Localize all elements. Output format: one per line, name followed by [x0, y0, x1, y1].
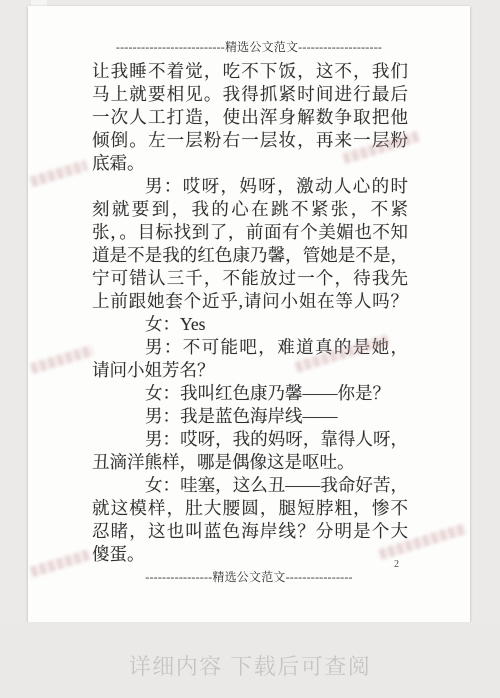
page-number: 2 [394, 559, 399, 570]
text-line: 男：我是蓝色海岸线—— [92, 405, 408, 428]
page-footer: ----------------精选公文范文---------------- [28, 568, 470, 585]
bottom-hint-bar: 详细内容 下载后可查阅 [0, 622, 500, 698]
text-line: 丑滴洋熊样，哪是偶像这是呕吐。 [92, 451, 408, 474]
bottom-hint-label: 详细内容 下载后可查阅 [129, 650, 372, 681]
document-preview: --------------------------精选公文范文--------… [0, 0, 500, 698]
stamp-watermark [30, 345, 94, 374]
text-line: 女：哇塞，这么丑——我命好苦， [92, 474, 408, 497]
document-page: --------------------------精选公文范文--------… [28, 6, 470, 622]
text-line: 男：哎呀，妈呀，激动人心的时 [92, 175, 408, 198]
text-line: 女：我叫红色康乃馨——你是？ [92, 382, 408, 405]
text-line: 一次人工打造，使出浑身解数争取把他 [92, 106, 408, 129]
body-text: 让我睡不着觉，吃不下饭，这不，我们马上就要相见。我得抓紧时间进行最后一次人工打造… [92, 60, 408, 566]
text-line: 请问小姐芳名？ [92, 359, 408, 382]
text-line: 女：Yes [92, 313, 408, 336]
text-line: 倾倒。左一层粉右一层妆，再来一层粉 [92, 129, 408, 152]
text-line: 忍睹，这也叫蓝色海岸线？分明是个大 [92, 520, 408, 543]
page-header: --------------------------精选公文范文--------… [28, 38, 470, 55]
text-line: 马上就要相见。我得抓紧时间进行最后 [92, 83, 408, 106]
text-line: 刻就要到，我的心在跳不紧张，不紧 [92, 198, 408, 221]
text-line: 宁可错认三千，不能放过一个，待我先 [92, 267, 408, 290]
text-line: 底霜。 [92, 152, 408, 175]
text-line: 男：哎呀，我的妈呀，靠得人呀， [92, 428, 408, 451]
stamp-watermark [30, 160, 89, 187]
text-line: 道是不是我的红色康乃馨，管她是不是， [92, 244, 408, 267]
text-line: 傻蛋。 [92, 543, 408, 566]
text-line: 让我睡不着觉，吃不下饭，这不，我们 [92, 60, 408, 83]
text-line: 男：不可能吧，难道真的是她， [92, 336, 408, 359]
text-line: 就这模样，肚大腰圆，腿短脖粗，惨不 [92, 497, 408, 520]
text-line: 张，。目标找到了，前面有个美媚也不知 [92, 221, 408, 244]
text-line: 上前跟她套个近乎,请问小姐在等人吗？ [92, 290, 408, 313]
